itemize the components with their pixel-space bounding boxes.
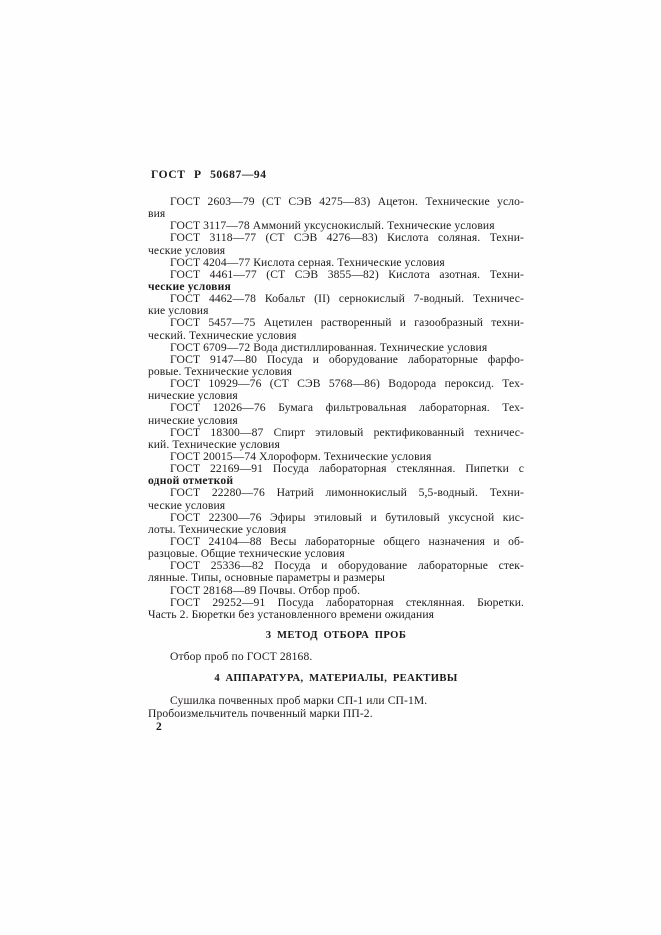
references-list: ГОСТ 2603—79 (СТ СЭВ 4275—83) Ацетон. Те…	[148, 196, 524, 621]
reference-line: ГОСТ 22300—76 Эфиры этиловый и бутиловый…	[148, 512, 524, 524]
reference-line: ГОСТ 18300—87 Спирт этиловый ректификова…	[148, 427, 524, 439]
running-header: ГОСТ Р 50687—94	[151, 169, 267, 181]
apparatus-paragraph: Сушилка почвенных проб марки СП-1 или СП…	[148, 695, 524, 720]
reference-line: ГОСТ 12026—76 Бумага фильтровальная лабо…	[148, 402, 524, 414]
document-page: ГОСТ Р 50687—94 ГОСТ 2603—79 (СТ СЭВ 427…	[0, 0, 661, 935]
reference-line: ГОСТ 2603—79 (СТ СЭВ 4275—83) Ацетон. Те…	[148, 196, 524, 208]
reference-line: Часть 2. Бюретки без установленного врем…	[148, 609, 524, 621]
apparatus-line: Пробоизмельчитель почвенный марки ПП-2.	[148, 708, 524, 721]
section-3-heading: 3 МЕТОД ОТБОРА ПРОБ	[148, 630, 524, 642]
page-number: 2	[156, 721, 162, 733]
reference-line: ГОСТ 3118—77 (СТ СЭВ 4276—83) Кислота со…	[148, 232, 524, 244]
sampling-method-paragraph: Отбор проб по ГОСТ 28168.	[148, 651, 524, 664]
section-4-heading: 4 АППАРАТУРА, МАТЕРИАЛЫ, РЕАКТИВЫ	[148, 673, 524, 685]
reference-line: ГОСТ 6709—72 Вода дистиллированная. Техн…	[148, 342, 524, 354]
reference-line: ческие условия	[148, 500, 524, 512]
reference-line: нические условия	[148, 415, 524, 427]
reference-line: ГОСТ 22280—76 Натрий лимоннокислый 5,5-в…	[148, 487, 524, 499]
reference-line: ческие условия	[148, 245, 524, 257]
reference-line: ГОСТ 5457—75 Ацетилен растворенный и газ…	[148, 317, 524, 329]
reference-line: ГОСТ 29252—91 Посуда лабораторная стекля…	[148, 597, 524, 609]
page-content: ГОСТ 2603—79 (СТ СЭВ 4275—83) Ацетон. Те…	[148, 196, 524, 721]
reference-line: ГОСТ 28168—89 Почвы. Отбор проб.	[148, 585, 524, 597]
reference-line: ческий. Технические условия	[148, 330, 524, 342]
reference-line: лянные. Типы, основные параметры и разме…	[148, 572, 524, 584]
